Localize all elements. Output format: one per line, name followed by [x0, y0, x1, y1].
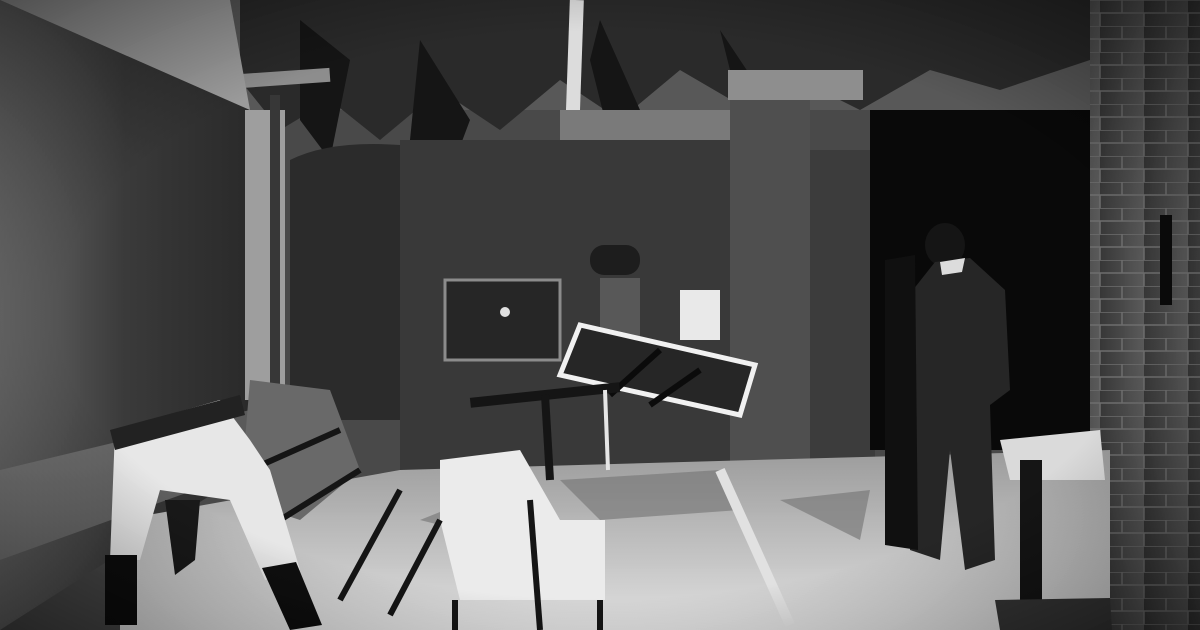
- historical-photograph: Interior of a bomb- or explosion-damaged…: [0, 0, 1200, 630]
- photo-scene: [0, 0, 1200, 630]
